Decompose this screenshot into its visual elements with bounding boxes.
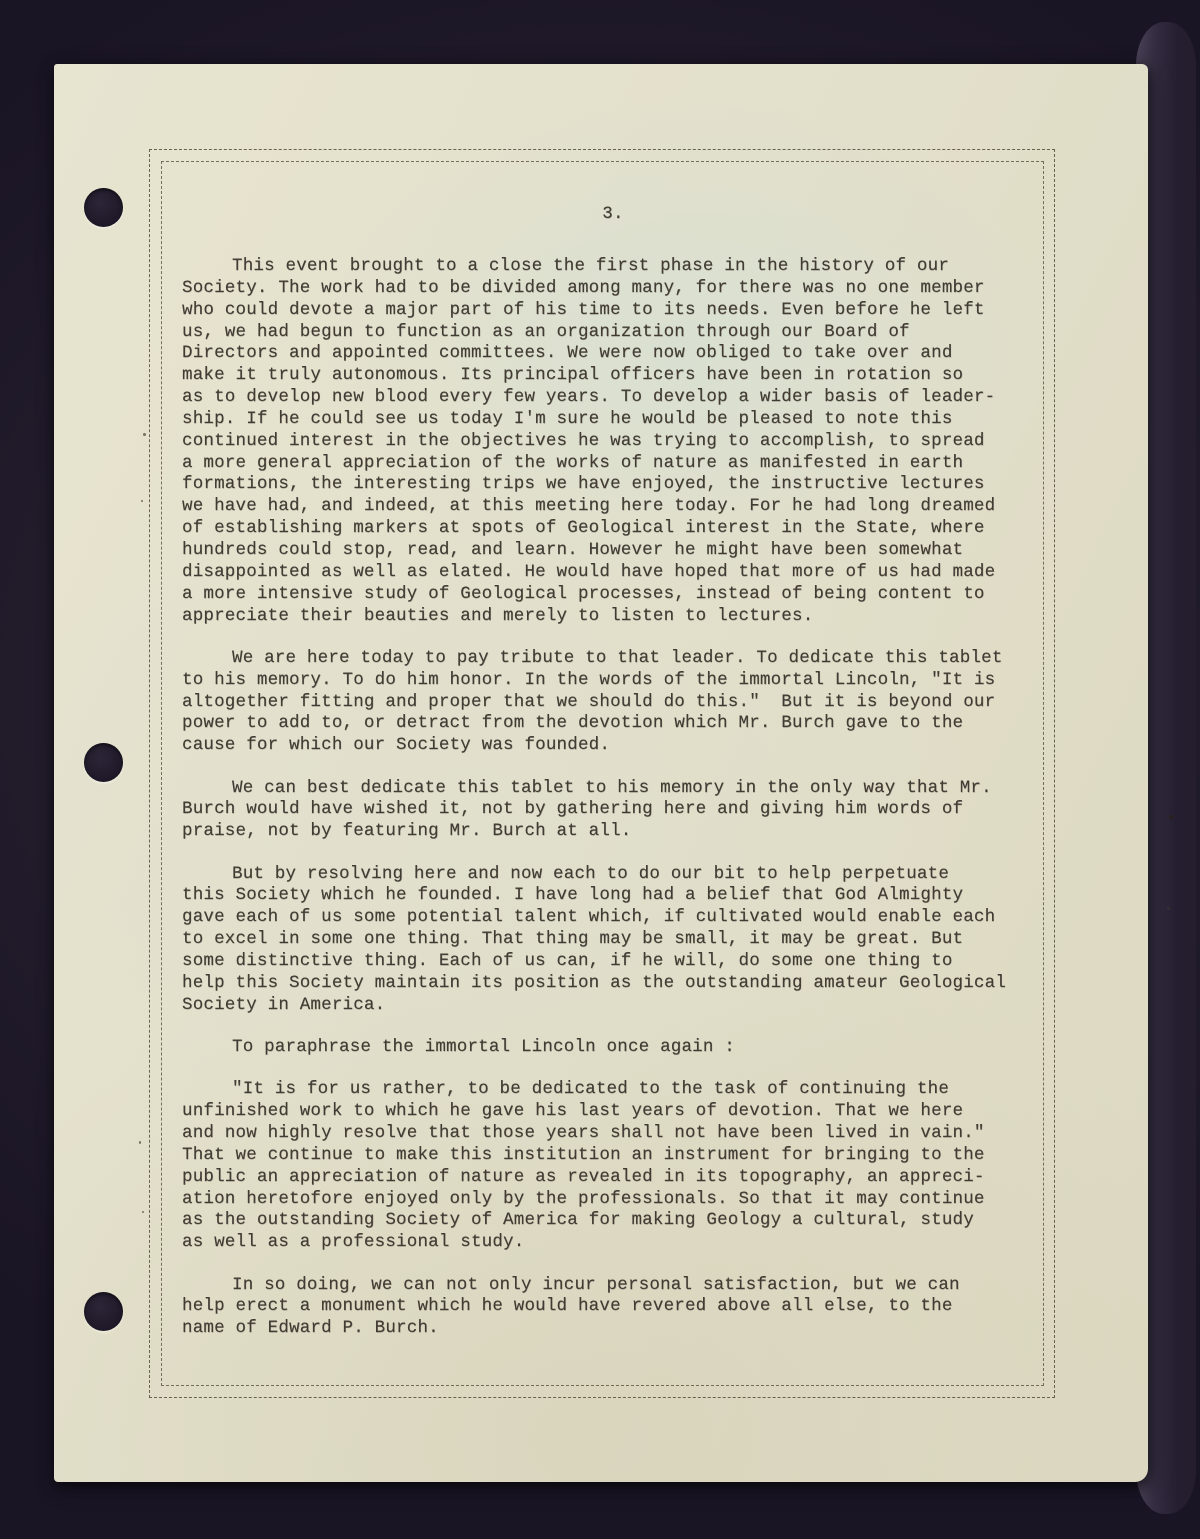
paper-speck	[141, 500, 143, 502]
text-line: Burch would have wished it, not by gathe…	[182, 799, 1070, 821]
text-line: ation heretofore enjoyed only by the pro…	[182, 1189, 1070, 1211]
paragraph: We are here today to pay tribute to that…	[182, 648, 1070, 757]
text-line: of establishing markers at spots of Geol…	[182, 518, 1070, 540]
text-line: cause for which our Society was founded.	[182, 735, 1070, 757]
punch-hole-top	[84, 188, 123, 227]
text-line: some distinctive thing. Each of us can, …	[182, 951, 1070, 973]
paragraph: To paraphrase the immortal Lincoln once …	[182, 1037, 1070, 1059]
text-line: formations, the interesting trips we hav…	[182, 474, 1070, 496]
text-line: us, we had begun to function as an organ…	[182, 322, 1070, 344]
text-line: to excel in some one thing. That thing m…	[182, 929, 1070, 951]
paper-speck	[1169, 815, 1173, 819]
paragraph: "It is for us rather, to be dedicated to…	[182, 1079, 1070, 1254]
text-line: In so doing, we can not only incur perso…	[182, 1275, 1070, 1297]
text-line: this Society which he founded. I have lo…	[182, 885, 1070, 907]
document-page: 3. This event brought to a close the fir…	[54, 64, 1148, 1482]
text-line: and now highly resolve that those years …	[182, 1123, 1070, 1145]
text-line: power to add to, or detract from the dev…	[182, 713, 1070, 735]
text-line: help this Society maintain its position …	[182, 973, 1070, 995]
punch-hole-bottom	[84, 1292, 123, 1331]
paper-speck	[1167, 907, 1170, 910]
paragraph: This event brought to a close the first …	[182, 256, 1070, 627]
text-line: we have had, and indeed, at this meeting…	[182, 496, 1070, 518]
text-line: That we continue to make this institutio…	[182, 1145, 1070, 1167]
text-line: public an appreciation of nature as reve…	[182, 1167, 1070, 1189]
text-line: Society. The work had to be divided amon…	[182, 278, 1070, 300]
text-line: name of Edward P. Burch.	[182, 1318, 1070, 1340]
punch-hole-middle	[84, 743, 123, 782]
text-line: as well as a professional study.	[182, 1232, 1070, 1254]
text-line: as the outstanding Society of America fo…	[182, 1210, 1070, 1232]
text-line: ship. If he could see us today I'm sure …	[182, 409, 1070, 431]
page-number: 3.	[182, 204, 1044, 224]
text-line: disappointed as well as elated. He would…	[182, 562, 1070, 584]
paragraph: But by resolving here and now each to do…	[182, 864, 1070, 1017]
text-line: But by resolving here and now each to do…	[182, 864, 1070, 886]
text-line: altogether fitting and proper that we sh…	[182, 692, 1070, 714]
text-line: who could devote a major part of his tim…	[182, 300, 1070, 322]
text-line: to his memory. To do him honor. In the w…	[182, 670, 1070, 692]
text-line: To paraphrase the immortal Lincoln once …	[182, 1037, 1070, 1059]
text-line: make it truly autonomous. Its principal …	[182, 365, 1070, 387]
text-line: This event brought to a close the first …	[182, 256, 1070, 278]
text-line: continued interest in the objectives he …	[182, 431, 1070, 453]
text-line: unfinished work to which he gave his las…	[182, 1101, 1070, 1123]
document-body: This event brought to a close the first …	[182, 256, 1070, 1361]
paper-speck	[143, 433, 146, 436]
paragraph: In so doing, we can not only incur perso…	[182, 1275, 1070, 1341]
text-line: hundreds could stop, read, and learn. Ho…	[182, 540, 1070, 562]
paper-speck	[142, 1211, 144, 1213]
text-line: praise, not by featuring Mr. Burch at al…	[182, 821, 1070, 843]
text-line: We can best dedicate this tablet to his …	[182, 778, 1070, 800]
text-line: "It is for us rather, to be dedicated to…	[182, 1079, 1070, 1101]
paragraph: We can best dedicate this tablet to his …	[182, 778, 1070, 844]
text-line: Directors and appointed committees. We w…	[182, 343, 1070, 365]
paper-speck	[139, 1141, 141, 1144]
text-line: We are here today to pay tribute to that…	[182, 648, 1070, 670]
text-line: appreciate their beauties and merely to …	[182, 606, 1070, 628]
text-line: help erect a monument which he would hav…	[182, 1296, 1070, 1318]
text-line: Society in America.	[182, 995, 1070, 1017]
text-line: gave each of us some potential talent wh…	[182, 907, 1070, 929]
text-line: a more intensive study of Geological pro…	[182, 584, 1070, 606]
background: 3. This event brought to a close the fir…	[0, 0, 1200, 1539]
text-line: as to develop new blood every few years.…	[182, 387, 1070, 409]
text-line: a more general appreciation of the works…	[182, 453, 1070, 475]
